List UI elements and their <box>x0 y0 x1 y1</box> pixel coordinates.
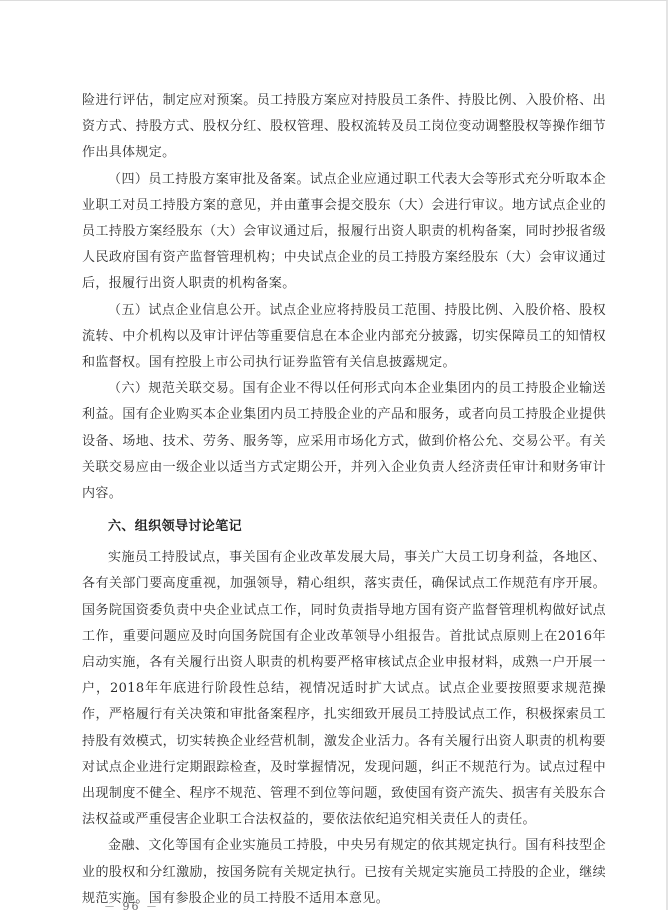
document-body: 险进行评估，制定应对预案。员工持股方案应对持股员工条件、持股比例、入股价格、出资… <box>82 88 606 910</box>
page-number: － 96 － <box>104 898 159 910</box>
paragraph-risk-assessment-continued: 险进行评估，制定应对预案。员工持股方案应对持股员工条件、持股比例、入股价格、出资… <box>82 88 606 167</box>
paragraph-information-disclosure: （五）试点企业信息公开。试点企业应将持股员工范围、持股比例、入股价格、股权流转、… <box>82 298 606 377</box>
paragraph-special-cases: 金融、文化等国有企业实施员工持股，中央另有规定的依其规定执行。国有科技型企业的股… <box>82 833 606 910</box>
paragraph-related-transactions: （六）规范关联交易。国有企业不得以任何形式向本企业集团内的员工持股企业输送利益。… <box>82 376 606 507</box>
document-page: 险进行评估，制定应对预案。员工持股方案应对持股员工条件、持股比例、入股价格、出资… <box>0 0 668 910</box>
section-heading: 六、组织领导讨论笔记 <box>82 515 606 539</box>
paragraph-organizational-leadership: 实施员工持股试点，事关国有企业改革发展大局，事关广大员工切身利益，各地区、各有关… <box>82 545 606 833</box>
paragraph-approval-and-filing: （四）员工持股方案审批及备案。试点企业应通过职工代表大会等形式充分听取本企业职工… <box>82 167 606 298</box>
